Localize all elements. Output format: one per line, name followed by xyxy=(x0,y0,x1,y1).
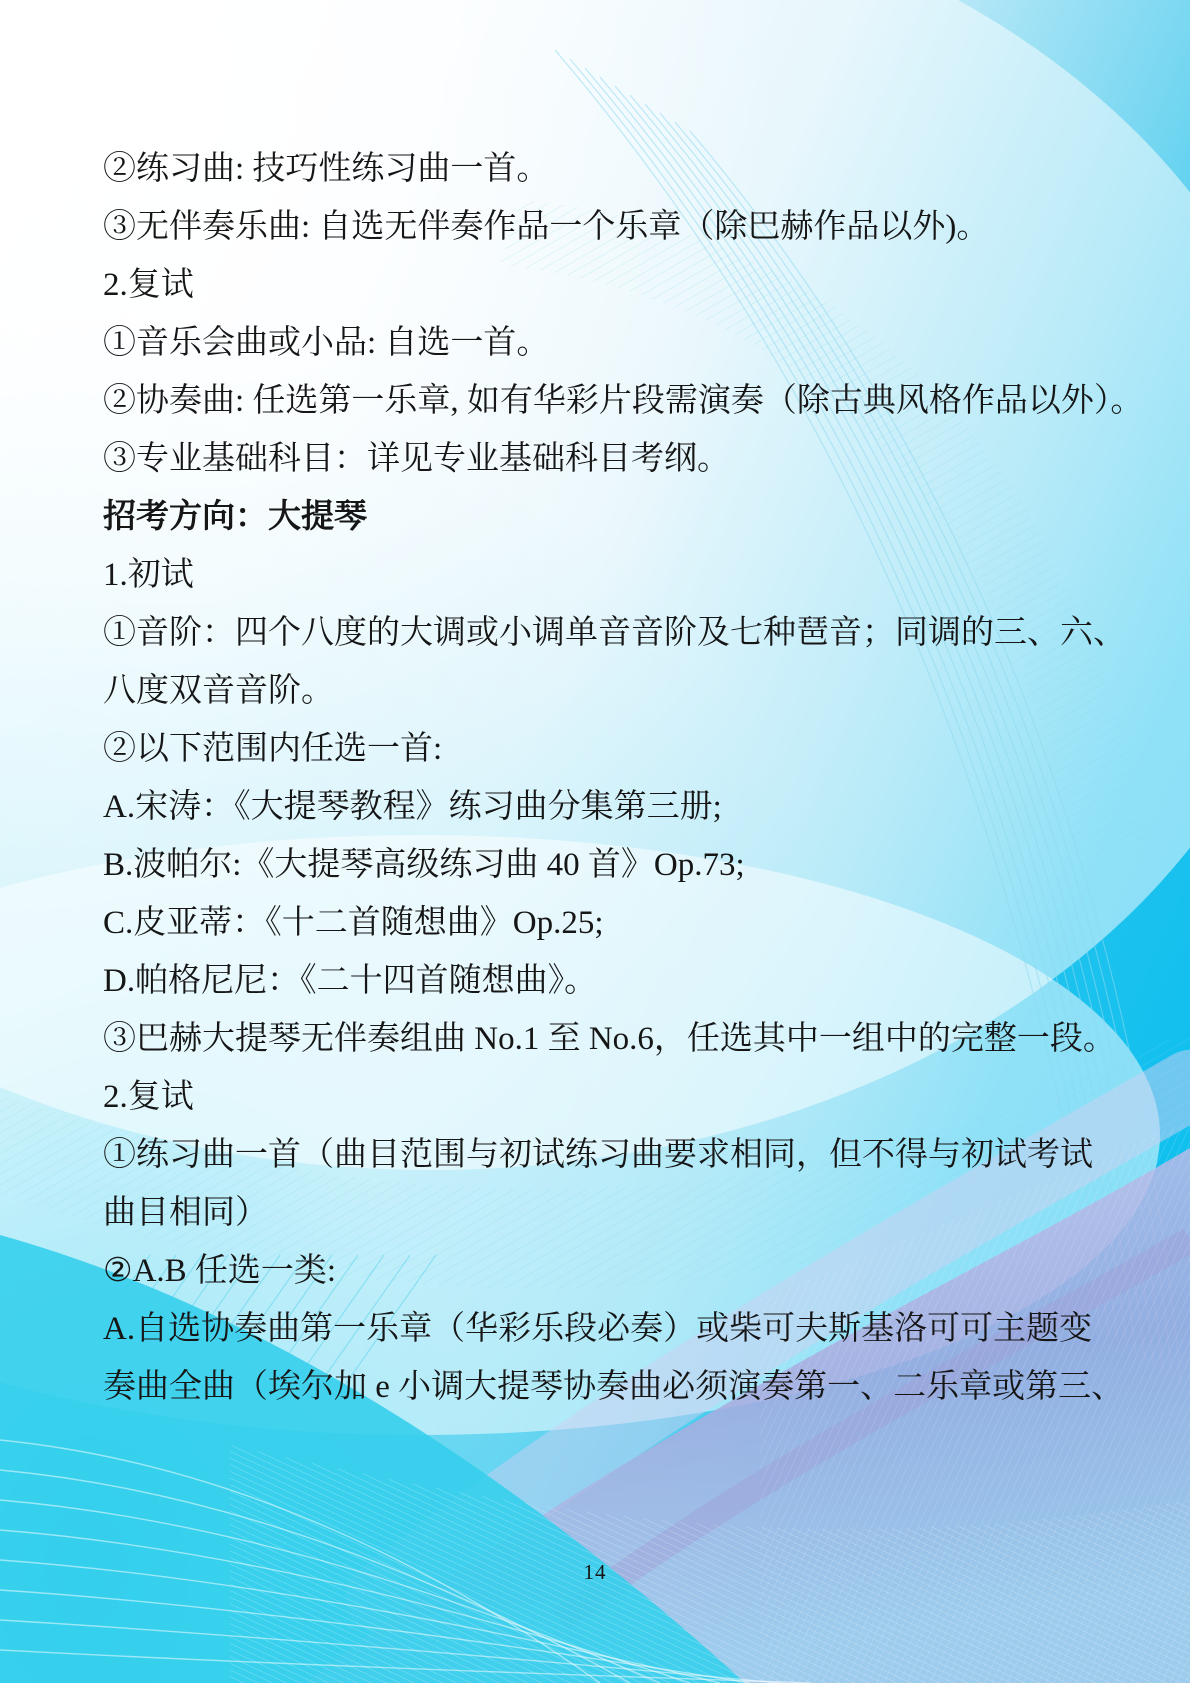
text-line: 2.复试 xyxy=(103,256,1143,314)
text-line: ①音乐会曲或小品: 自选一首。 xyxy=(103,314,1143,372)
page-number: 14 xyxy=(584,1560,607,1585)
text-line: C.皮亚蒂：《十二首随想曲》Op.25; xyxy=(103,894,1143,952)
text-line: ③无伴奏乐曲: 自选无伴奏作品一个乐章（除巴赫作品以外)。 xyxy=(103,198,1143,256)
text-block: ②练习曲: 技巧性练习曲一首。 ③无伴奏乐曲: 自选无伴奏作品一个乐章（除巴赫作… xyxy=(103,140,1143,1416)
text-line: ③专业基础科目：详见专业基础科目考纲。 xyxy=(103,430,1143,488)
document-page: ②练习曲: 技巧性练习曲一首。 ③无伴奏乐曲: 自选无伴奏作品一个乐章（除巴赫作… xyxy=(0,0,1190,1683)
text-line: ②协奏曲: 任选第一乐章, 如有华彩片段需演奏（除古典风格作品以外）。 xyxy=(103,372,1143,430)
text-line: ②以下范围内任选一首: xyxy=(103,720,1143,778)
text-line: 1.初试 xyxy=(103,546,1143,604)
text-line: 奏曲全曲（埃尔加 e 小调大提琴协奏曲必须演奏第一、二乐章或第三、 xyxy=(103,1358,1143,1416)
text-line: ③巴赫大提琴无伴奏组曲 No.1 至 No.6，任选其中一组中的完整一段。 xyxy=(103,1010,1143,1068)
section-heading: 招考方向：大提琴 xyxy=(103,488,1143,546)
text-line: ②练习曲: 技巧性练习曲一首。 xyxy=(103,140,1143,198)
text-line: ②A.B 任选一类: xyxy=(103,1242,1143,1300)
text-line: B.波帕尔:《大提琴高级练习曲 40 首》Op.73; xyxy=(103,836,1143,894)
text-line: A.自选协奏曲第一乐章（华彩乐段必奏）或柴可夫斯基洛可可主题变 xyxy=(103,1300,1143,1358)
text-line: ①练习曲一首（曲目范围与初试练习曲要求相同，但不得与初试考试 xyxy=(103,1126,1143,1184)
text-line: 曲目相同） xyxy=(103,1184,1143,1242)
text-line: 八度双音音阶。 xyxy=(103,662,1143,720)
text-line: A.宋涛：《大提琴教程》练习曲分集第三册; xyxy=(103,778,1143,836)
text-line: 2.复试 xyxy=(103,1068,1143,1126)
text-line: ①音阶：四个八度的大调或小调单音音阶及七种琶音；同调的三、六、 xyxy=(103,604,1143,662)
text-line: D.帕格尼尼：《二十四首随想曲》。 xyxy=(103,952,1143,1010)
